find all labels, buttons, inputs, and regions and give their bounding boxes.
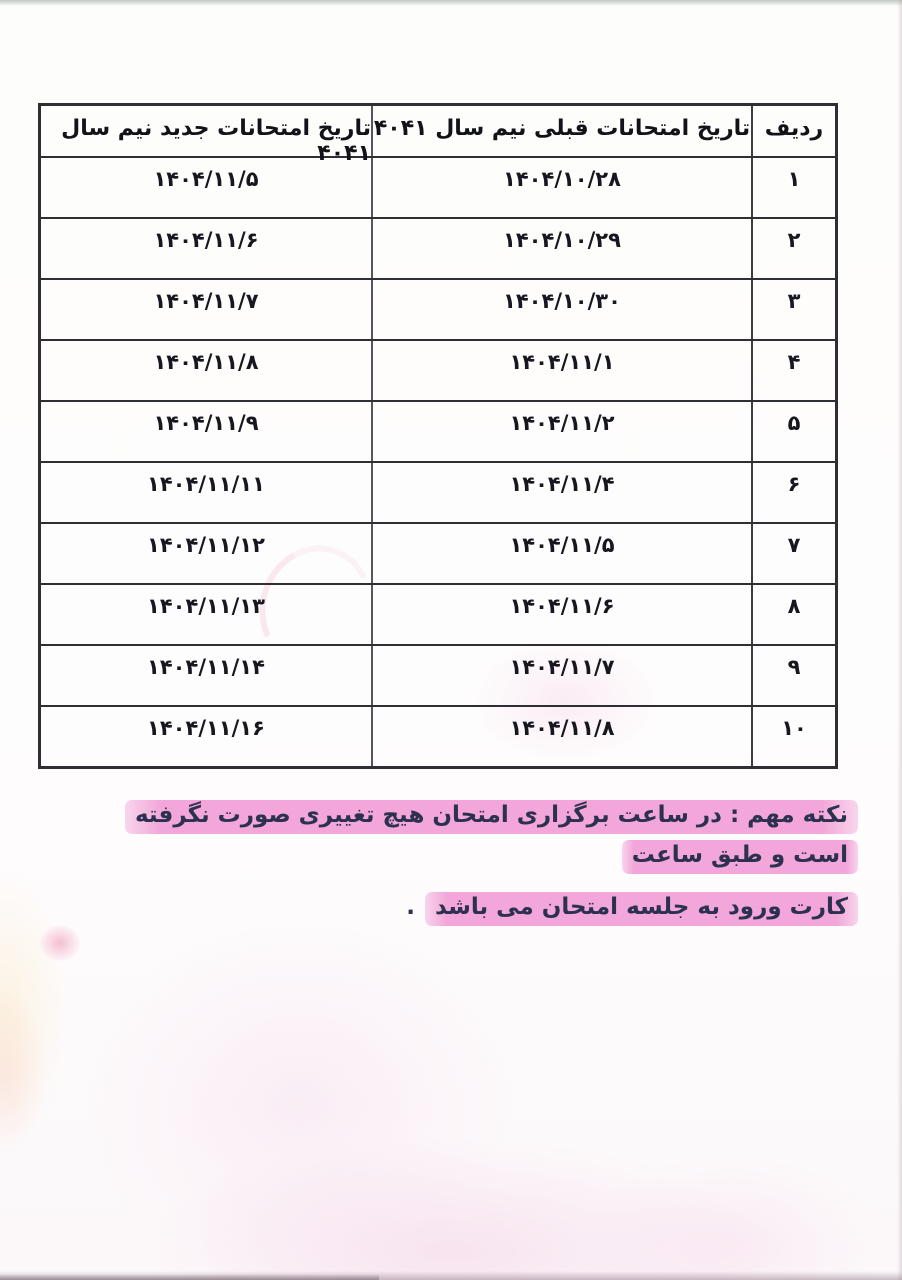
table-row: ۹ ۱۴۰۴/۱۱/۷ ۱۴۰۴/۱۱/۱۴ <box>41 644 835 705</box>
cell-prev-date: ۱۴۰۴/۱۱/۴ <box>371 463 751 522</box>
table-row: ۸ ۱۴۰۴/۱۱/۶ ۱۴۰۴/۱۱/۱۳ <box>41 583 835 644</box>
table-row: ۷ ۱۴۰۴/۱۱/۵ ۱۴۰۴/۱۱/۱۲ <box>41 522 835 583</box>
table-row: ۶ ۱۴۰۴/۱۱/۴ ۱۴۰۴/۱۱/۱۱ <box>41 461 835 522</box>
table-header-row: ردیف تاریخ امتحانات قبلی نیم سال ۴۰۴۱ تا… <box>41 106 835 156</box>
cell-prev-date: ۱۴۰۴/۱۰/۲۸ <box>371 158 751 217</box>
highlighted-text: نکته مهم : در ساعت برگزاری امتحان هیچ تغ… <box>125 800 858 874</box>
table-row: ۱۰ ۱۴۰۴/۱۱/۸ ۱۴۰۴/۱۱/۱۶ <box>41 705 835 766</box>
cell-new-date: ۱۴۰۴/۱۱/۹ <box>41 402 371 461</box>
cell-new-date: ۱۴۰۴/۱۱/۱۳ <box>41 585 371 644</box>
cell-prev-date: ۱۴۰۴/۱۱/۲ <box>371 402 751 461</box>
scanned-document-page: ردیف تاریخ امتحانات قبلی نیم سال ۴۰۴۱ تا… <box>0 0 902 1280</box>
cell-new-date: ۱۴۰۴/۱۱/۸ <box>41 341 371 400</box>
header-cell-row-no: ردیف <box>751 106 835 156</box>
cell-new-date: ۱۴۰۴/۱۱/۱۱ <box>41 463 371 522</box>
cell-prev-date: ۱۴۰۴/۱۱/۸ <box>371 707 751 766</box>
header-cell-new-date: تاریخ امتحانات جدید نیم سال ۴۰۴۱ <box>41 106 371 156</box>
header-cell-prev-date: تاریخ امتحانات قبلی نیم سال ۴۰۴۱ <box>371 106 751 156</box>
cell-new-date: ۱۴۰۴/۱۱/۵ <box>41 158 371 217</box>
scan-edge-bottom-shadow <box>0 1274 379 1280</box>
cell-prev-date: ۱۴۰۴/۱۱/۱ <box>371 341 751 400</box>
highlighted-text: کارت ورود به جلسه امتحان می باشد <box>425 892 858 926</box>
cell-new-date: ۱۴۰۴/۱۱/۱۴ <box>41 646 371 705</box>
scan-pink-spot <box>40 925 80 961</box>
cell-new-date: ۱۴۰۴/۱۱/۷ <box>41 280 371 339</box>
table-row: ۴ ۱۴۰۴/۱۱/۱ ۱۴۰۴/۱۱/۸ <box>41 339 835 400</box>
cell-prev-date: ۱۴۰۴/۱۱/۵ <box>371 524 751 583</box>
cell-prev-date: ۱۴۰۴/۱۱/۷ <box>371 646 751 705</box>
scan-edge-bottom <box>0 1271 902 1280</box>
cell-new-date: ۱۴۰۴/۱۱/۶ <box>41 219 371 278</box>
cell-row-no: ۳ <box>751 280 835 339</box>
table-row: ۵ ۱۴۰۴/۱۱/۲ ۱۴۰۴/۱۱/۹ <box>41 400 835 461</box>
scan-edge-right <box>897 0 902 1280</box>
note-line-1: نکته مهم : در ساعت برگزاری امتحان هیچ تغ… <box>92 795 858 875</box>
cell-prev-date: ۱۴۰۴/۱۰/۲۹ <box>371 219 751 278</box>
table-row: ۲ ۱۴۰۴/۱۰/۲۹ ۱۴۰۴/۱۱/۶ <box>41 217 835 278</box>
cell-row-no: ۴ <box>751 341 835 400</box>
cell-new-date: ۱۴۰۴/۱۱/۱۲ <box>41 524 371 583</box>
note-period: . <box>406 894 417 920</box>
scan-edge-top <box>0 0 902 6</box>
cell-row-no: ۵ <box>751 402 835 461</box>
cell-prev-date: ۱۴۰۴/۱۱/۶ <box>371 585 751 644</box>
cell-new-date: ۱۴۰۴/۱۱/۱۶ <box>41 707 371 766</box>
cell-prev-date: ۱۴۰۴/۱۰/۳۰ <box>371 280 751 339</box>
cell-row-no: ۱ <box>751 158 835 217</box>
important-note: نکته مهم : در ساعت برگزاری امتحان هیچ تغ… <box>92 795 858 939</box>
cell-row-no: ۸ <box>751 585 835 644</box>
note-line-2: کارت ورود به جلسه امتحان می باشد . <box>92 887 858 927</box>
cell-row-no: ۶ <box>751 463 835 522</box>
cell-row-no: ۷ <box>751 524 835 583</box>
cell-row-no: ۱۰ <box>751 707 835 766</box>
cell-row-no: ۹ <box>751 646 835 705</box>
table-row: ۳ ۱۴۰۴/۱۰/۳۰ ۱۴۰۴/۱۱/۷ <box>41 278 835 339</box>
table-row: ۱ ۱۴۰۴/۱۰/۲۸ ۱۴۰۴/۱۱/۵ <box>41 156 835 217</box>
cell-row-no: ۲ <box>751 219 835 278</box>
exam-dates-table: ردیف تاریخ امتحانات قبلی نیم سال ۴۰۴۱ تا… <box>38 103 838 769</box>
